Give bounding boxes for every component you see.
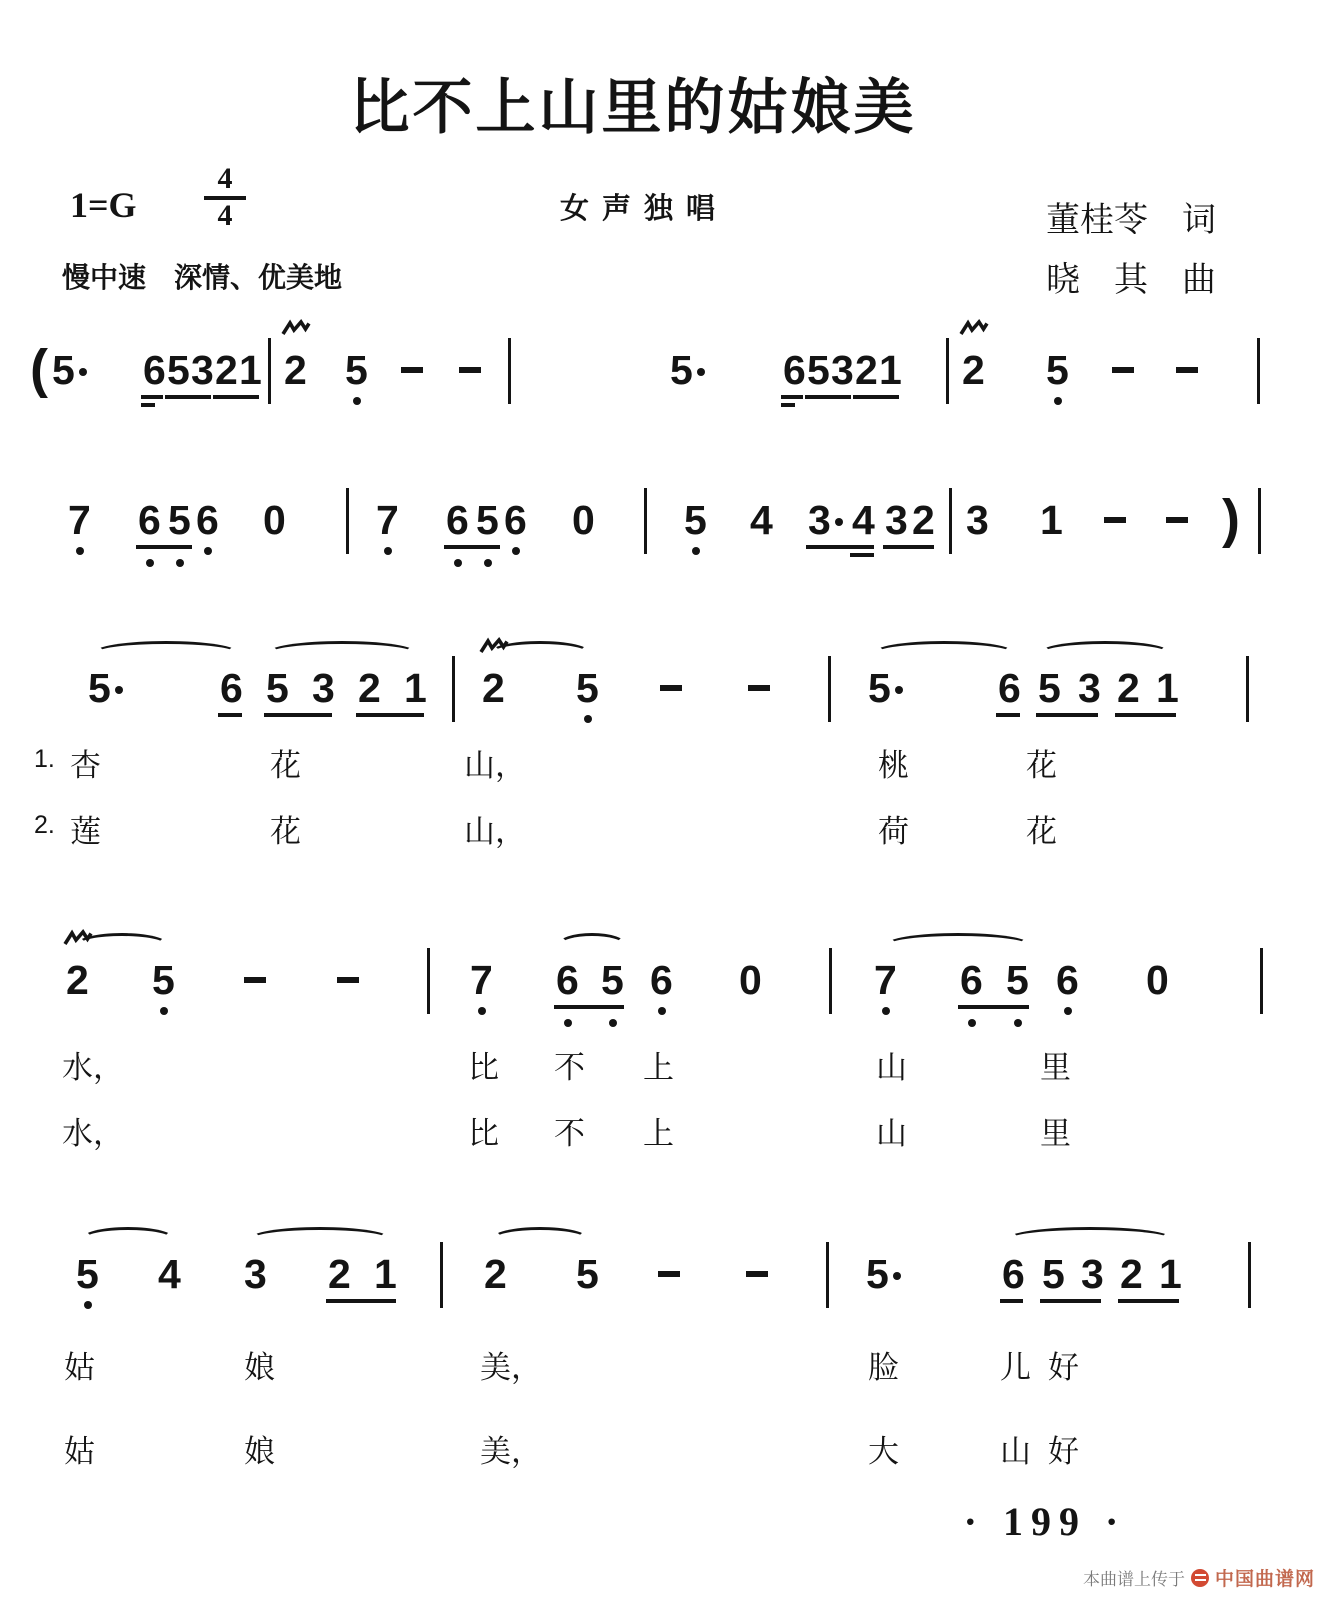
lyric-syllable: 山 [1000,1426,1031,1471]
lyric-syllable: 姑 [64,1342,95,1387]
note-digit: 1 [1159,1254,1182,1295]
lyric-syllable: 山， [464,806,526,851]
beam-underline [1036,713,1098,717]
note-digit: 5 [266,668,289,709]
note-digit: 6 [220,668,243,709]
lyric-syllable: 不 [554,1108,585,1153]
note-digit: 1 [239,350,262,391]
lyric-syllable: 上 [643,1108,674,1153]
bar-line [829,948,832,1014]
rest-digit: 0 [263,500,286,541]
octave-dot [692,547,700,555]
bar-line [508,338,511,404]
lyric-syllable: 姑 [64,1426,95,1471]
watermark-text: 本曲谱上传于 [1083,1565,1185,1590]
note-digit: 6 [998,668,1021,709]
slur-arc [874,641,1014,664]
note-digit: 5 [1046,350,1069,391]
note-digit: 2 [215,350,238,391]
beam-underline [883,545,934,549]
slur-arc [268,641,416,664]
music-system-2: 765607656054343231) [0,500,1321,501]
octave-dot [84,1301,92,1309]
octave-dot [160,1007,168,1015]
verse-number: 1. [34,745,55,774]
brand-name: 中国曲谱网 [1215,1564,1315,1591]
beam-underline [218,713,242,717]
note-digit: 2 [1120,1254,1143,1295]
note-digit: 3 [808,500,831,541]
slur-arc [76,933,168,956]
lyric-syllable: 里 [1040,1042,1071,1087]
lyric-syllable: 美， [480,1426,542,1471]
note-digit: 4 [852,500,875,541]
note-digit: 4 [158,1254,181,1295]
note-digit: 6 [138,500,161,541]
octave-dot [204,547,212,555]
duration-dash [746,1271,768,1277]
octave-dot [1054,397,1062,405]
note-digit: 5 [345,350,368,391]
note-digit: 5 [868,668,891,709]
note-digit: 5 [670,350,693,391]
bar-line [828,656,831,722]
lyric-syllable: 里 [1040,1108,1071,1153]
note-digit: 2 [855,350,878,391]
lyric-syllable: 山 [876,1042,907,1087]
beam-underline [1040,1299,1101,1303]
bar-line [826,1242,829,1308]
verse-number: 2. [34,811,55,840]
beam-underline [165,395,211,399]
note-digit: 3 [1081,1254,1104,1295]
lyric-syllable: 不 [554,1042,585,1087]
duration-dash [660,685,682,691]
lyric-syllable: 花 [270,806,301,851]
note-digit: 2 [962,350,985,391]
octave-dot [1064,1007,1072,1015]
music-system-3: 565321255653211.杏花山，桃花2.莲花山，荷花 [0,668,1321,669]
bar-line [440,1242,443,1308]
note-digit: 2 [482,668,505,709]
beam-underline [356,713,424,717]
lyric-syllable: 花 [1026,806,1057,851]
mordent-icon [281,319,311,337]
key-signature: 1=G [70,184,137,226]
octave-dot [1014,1019,1022,1027]
lyric-syllable: 脸 [868,1342,899,1387]
note-digit: 6 [1056,960,1079,1001]
note-digit: 6 [960,960,983,1001]
augmentation-dot [835,518,843,526]
duration-dash [1166,517,1188,523]
lyric-syllable: 大 [868,1426,899,1471]
lyric-syllable: 山 [876,1108,907,1153]
note-digit: 5 [576,668,599,709]
beam-underline [850,553,874,557]
lyric-syllable: 娘 [244,1426,275,1471]
duration-dash [1104,517,1126,523]
note-digit: 6 [1002,1254,1025,1295]
bar-line [1260,948,1263,1014]
note-digit: 2 [66,960,89,1001]
note-digit: 5 [601,960,624,1001]
lyric-syllable: 荷 [878,806,909,851]
note-digit: 5 [168,500,191,541]
note-digit: 3 [966,500,989,541]
bar-line [949,488,952,554]
note-digit: 6 [650,960,673,1001]
note-digit: 7 [874,960,897,1001]
brand-logo-icon [1191,1569,1209,1587]
note-digit: 3 [1078,668,1101,709]
note-digit: 1 [404,668,427,709]
bar-line [452,656,455,722]
duration-dash [1176,367,1198,373]
augmentation-dot [895,686,903,694]
note-digit: 7 [376,500,399,541]
duration-dash [401,367,423,373]
note-digit: 5 [88,668,111,709]
beam-underline [444,545,500,549]
open-parenthesis: ( [30,341,48,397]
mordent-icon [959,319,989,337]
octave-dot [384,547,392,555]
beam-underline [326,1299,396,1303]
bar-line [946,338,949,404]
octave-dot [584,715,592,723]
lyric-syllable: 花 [1026,740,1057,785]
slur-arc [492,1227,588,1250]
bar-line [427,948,430,1014]
note-digit: 5 [52,350,75,391]
beam-underline [853,395,899,399]
note-digit: 7 [68,500,91,541]
beam-underline [141,395,163,399]
bar-line [1248,1242,1251,1308]
note-digit: 5 [866,1254,889,1295]
octave-dot [512,547,520,555]
note-digit: 5 [684,500,707,541]
octave-dot [454,559,462,567]
note-digit: 2 [1117,668,1140,709]
note-digit: 2 [284,350,307,391]
bar-line [1246,656,1249,722]
beam-underline [264,713,332,717]
note-digit: 5 [476,500,499,541]
duration-dash [459,367,481,373]
note-digit: 5 [1006,960,1029,1001]
augmentation-dot [893,1272,901,1280]
lyric-syllable: 好 [1048,1426,1079,1471]
augmentation-dot [115,686,123,694]
note-digit: 5 [1042,1254,1065,1295]
note-digit: 2 [358,668,381,709]
note-digit: 1 [879,350,902,391]
composer-credit: 晓 其 曲 [1046,252,1216,301]
lyric-syllable: 比 [468,1108,499,1153]
sheet-music-page: 比不上山里的姑娘美 1=G 4 4 女声独唱 董桂苓 词 晓 其 曲 慢中速 深… [0,0,1321,1600]
octave-dot [658,1007,666,1015]
note-digit: 2 [484,1254,507,1295]
note-digit: 5 [576,1254,599,1295]
watermark: 本曲谱上传于 中国曲谱网 [1083,1564,1315,1591]
duration-dash [337,977,359,983]
beam-underline [805,395,851,399]
beam-underline [1000,1299,1023,1303]
slur-arc [1040,641,1170,664]
beam-underline [136,545,192,549]
bar-line [346,488,349,554]
note-digit: 2 [328,1254,351,1295]
lyric-syllable: 娘 [244,1342,275,1387]
octave-dot [176,559,184,567]
note-digit: 6 [446,500,469,541]
close-parenthesis: ) [1222,491,1240,547]
octave-dot [478,1007,486,1015]
beam-underline [1115,713,1176,717]
beam-underline [1118,1299,1179,1303]
lyric-syllable: 莲 [70,806,101,851]
note-digit: 5 [167,350,190,391]
lyric-syllable: 美， [480,1342,542,1387]
rest-digit: 0 [572,500,595,541]
note-digit: 3 [244,1254,267,1295]
note-digit: 5 [1038,668,1061,709]
note-digit: 4 [750,500,773,541]
note-digit: 6 [783,350,806,391]
bar-line [1257,338,1260,404]
tempo-marking: 慢中速 深情、优美地 [62,256,342,296]
lyric-syllable: 山， [464,740,526,785]
slur-arc [250,1227,390,1250]
lyric-syllable: 水， [62,1108,124,1153]
note-digit: 1 [1040,500,1063,541]
slur-arc [490,641,590,664]
note-digit: 5 [807,350,830,391]
slur-arc [886,933,1030,956]
duration-dash [244,977,266,983]
note-digit: 6 [504,500,527,541]
rest-digit: 0 [739,960,762,1001]
note-digit: 2 [912,500,935,541]
note-digit: 3 [885,500,908,541]
note-digit: 6 [143,350,166,391]
octave-dot [484,559,492,567]
octave-dot [564,1019,572,1027]
note-digit: 1 [374,1254,397,1295]
lyric-syllable: 花 [270,740,301,785]
slur-arc [1008,1227,1172,1250]
bar-line [1258,488,1261,554]
note-digit: 5 [76,1254,99,1295]
octave-dot [146,559,154,567]
beam-underline [554,1005,624,1009]
lyric-syllable: 上 [643,1042,674,1087]
song-title: 比不上山里的姑娘美 [0,60,1266,146]
note-digit: 1 [1156,668,1179,709]
duration-dash [658,1271,680,1277]
note-digit: 6 [556,960,579,1001]
augmentation-dot [79,368,87,376]
duration-dash [748,685,770,691]
beam-underline [958,1005,1029,1009]
bar-line [268,338,271,404]
note-digit: 6 [196,500,219,541]
lyric-syllable: 桃 [878,740,909,785]
note-digit: 5 [152,960,175,1001]
beam-underline [806,545,874,549]
time-signature-denominator: 4 [202,201,248,232]
beam-underline [781,403,795,407]
slur-arc [94,641,238,664]
lyric-syllable: 好 [1048,1342,1079,1387]
note-digit: 7 [470,960,493,1001]
bar-line [644,488,647,554]
octave-dot [76,547,84,555]
lyric-syllable: 比 [468,1042,499,1087]
octave-dot [882,1007,890,1015]
beam-underline [213,395,259,399]
octave-dot [353,397,361,405]
music-system-4: 257656076560水，比不上山里水，比不上山里 [0,960,1321,961]
music-system-5: 5432125565321姑娘美，脸儿好姑娘美，大山好 [0,1254,1321,1255]
time-signature: 4 4 [202,164,248,231]
octave-dot [968,1019,976,1027]
beam-underline [141,403,155,407]
time-signature-numerator: 4 [202,164,248,195]
note-digit: 3 [831,350,854,391]
lyric-syllable: 水， [62,1042,124,1087]
slur-arc [558,933,626,956]
note-digit: 3 [191,350,214,391]
page-number: · 199 · [920,1498,1170,1545]
lyric-syllable: 儿 [1000,1342,1031,1387]
lyricist-credit: 董桂苓 词 [1046,192,1216,241]
music-system-1: (5653212556532125 [0,350,1321,351]
augmentation-dot [697,368,705,376]
duration-dash [1112,367,1134,373]
beam-underline [781,395,803,399]
note-digit: 3 [312,668,335,709]
voice-type-label: 女声独唱 [560,186,728,227]
rest-digit: 0 [1146,960,1169,1001]
beam-underline [996,713,1020,717]
lyric-syllable: 杏 [70,740,101,785]
slur-arc [82,1227,174,1250]
octave-dot [609,1019,617,1027]
